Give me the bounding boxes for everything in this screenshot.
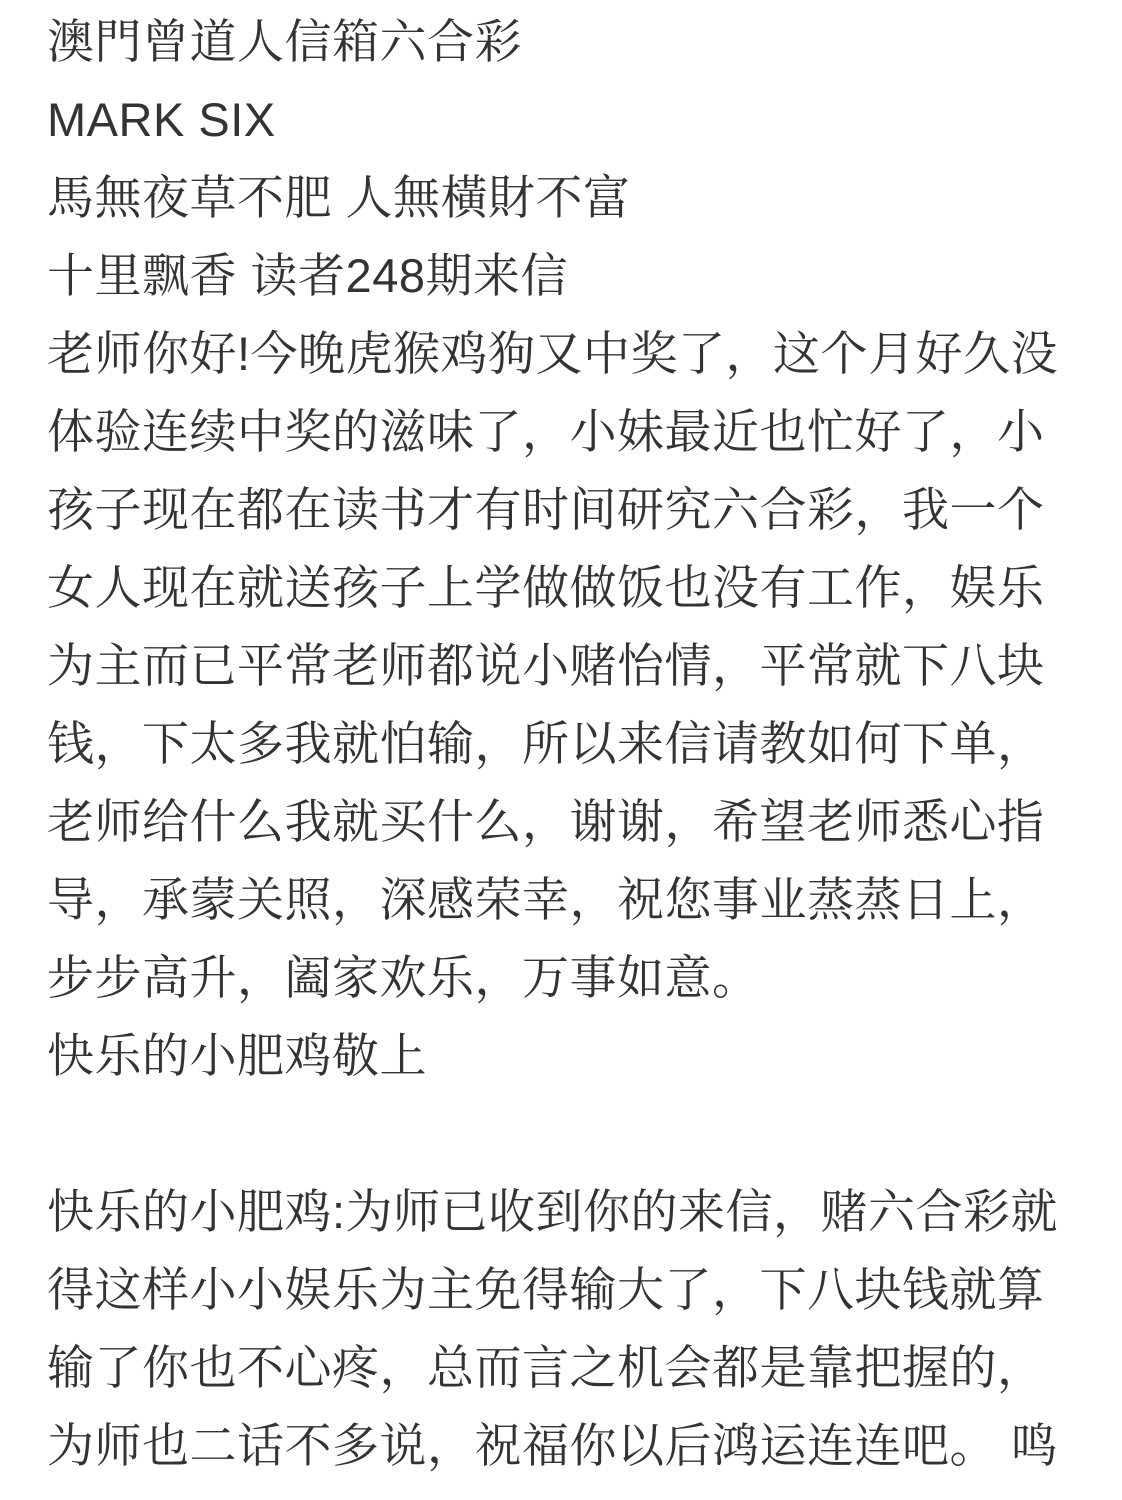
letter-signature-line: 快乐的小肥鸡敬上: [47, 1017, 1092, 1095]
article-subtitle-line: MARK SIX: [47, 81, 1092, 159]
article-text: 澳門曾道人信箱六合彩 MARK SIX 馬無夜草不肥 人無橫財不富 十里飘香 读…: [47, 3, 1092, 1485]
reply-text-line: 为师也二话不多说，祝福你以后鸿运连连吧。 鸣: [47, 1407, 1092, 1485]
blank-line: [47, 1095, 1092, 1173]
letter-text-line: 体验连续中奖的滋味了，小妹最近也忙好了，小: [47, 393, 1092, 471]
letter-text-line: 老师你好!今晚虎猴鸡狗又中奖了，这个月好久没: [47, 315, 1092, 393]
reply-text-line: 输了你也不心疼，总而言之机会都是靠把握的，: [47, 1329, 1092, 1407]
reply-text-line: 快乐的小肥鸡:为师已收到你的来信，赌六合彩就: [47, 1173, 1092, 1251]
article-issue-line: 十里飘香 读者248期来信: [47, 237, 1092, 315]
letter-text-line: 导，承蒙关照，深感荣幸，祝您事业蒸蒸日上，: [47, 861, 1092, 939]
reply-text-line: 得这样小小娱乐为主免得输大了，下八块钱就算: [47, 1251, 1092, 1329]
article-title-line: 澳門曾道人信箱六合彩: [47, 3, 1092, 81]
article-motto-line: 馬無夜草不肥 人無橫財不富: [47, 159, 1092, 237]
letter-text-line: 钱，下太多我就怕输，所以来信请教如何下单，: [47, 705, 1092, 783]
letter-text-line: 女人现在就送孩子上学做做饭也没有工作，娱乐: [47, 549, 1092, 627]
letter-text-line: 为主而已平常老师都说小赌怡情，平常就下八块: [47, 627, 1092, 705]
letter-text-line: 孩子现在都在读书才有时间研究六合彩，我一个: [47, 471, 1092, 549]
page: 澳門曾道人信箱六合彩 MARK SIX 馬無夜草不肥 人無橫財不富 十里飘香 读…: [0, 0, 1122, 1500]
letter-text-line: 步步高升，阖家欢乐，万事如意。: [47, 939, 1092, 1017]
letter-text-line: 老师给什么我就买什么，谢谢，希望老师悉心指: [47, 783, 1092, 861]
